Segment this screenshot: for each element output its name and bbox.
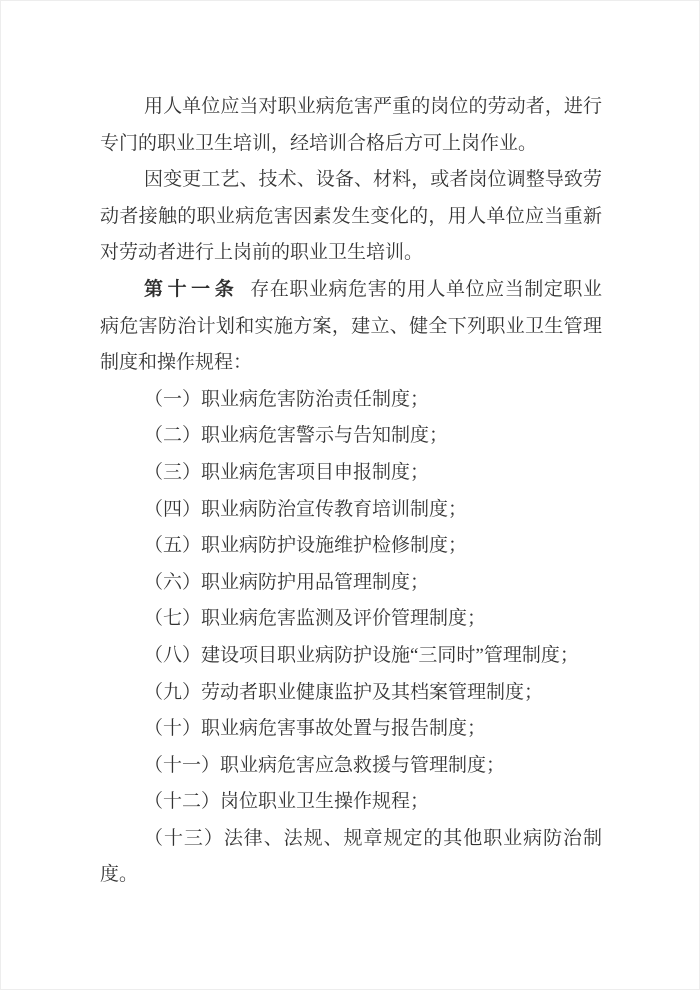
- list-item: （十二）岗位职业卫生操作规程；: [100, 784, 602, 821]
- article-number-label: 第十一条: [144, 279, 238, 300]
- list-item: （十）职业病危害事故处置与报告制度；: [100, 711, 602, 748]
- list-item: （五）职业病防护设施维护检修制度；: [100, 528, 602, 565]
- list-item: （二）职业病危害警示与告知制度；: [100, 418, 602, 455]
- list-item: （八）建设项目职业病防护设施“三同时”管理制度；: [100, 638, 602, 675]
- list-item: （十三）法律、法规、规章规定的其他职业病防治制度。: [100, 821, 602, 894]
- list-item: （一）职业病危害防治责任制度；: [100, 382, 602, 419]
- list-item: （十一）职业病危害应急救援与管理制度；: [100, 748, 602, 785]
- list-item: （四）职业病防治宣传教育培训制度；: [100, 492, 602, 529]
- document-page: 用人单位应当对职业病危害严重的岗位的劳动者，进行专门的职业卫生培训，经培训合格后…: [0, 0, 700, 990]
- list-item: （九）劳动者职业健康监护及其档案管理制度；: [100, 675, 602, 712]
- list-item: （六）职业病防护用品管理制度；: [100, 565, 602, 602]
- document-body: 用人单位应当对职业病危害严重的岗位的劳动者，进行专门的职业卫生培训，经培训合格后…: [100, 89, 602, 894]
- article-paragraph: 第十一条存在职业病危害的用人单位应当制定职业病危害防治计划和实施方案，建立、健全…: [100, 272, 602, 382]
- body-paragraph: 因变更工艺、技术、设备、材料，或者岗位调整导致劳动者接触的职业病危害因素发生变化…: [100, 162, 602, 272]
- list-item: （三）职业病危害项目申报制度；: [100, 455, 602, 492]
- body-paragraph: 用人单位应当对职业病危害严重的岗位的劳动者，进行专门的职业卫生培训，经培训合格后…: [100, 89, 602, 162]
- list-item: （七）职业病危害监测及评价管理制度；: [100, 601, 602, 638]
